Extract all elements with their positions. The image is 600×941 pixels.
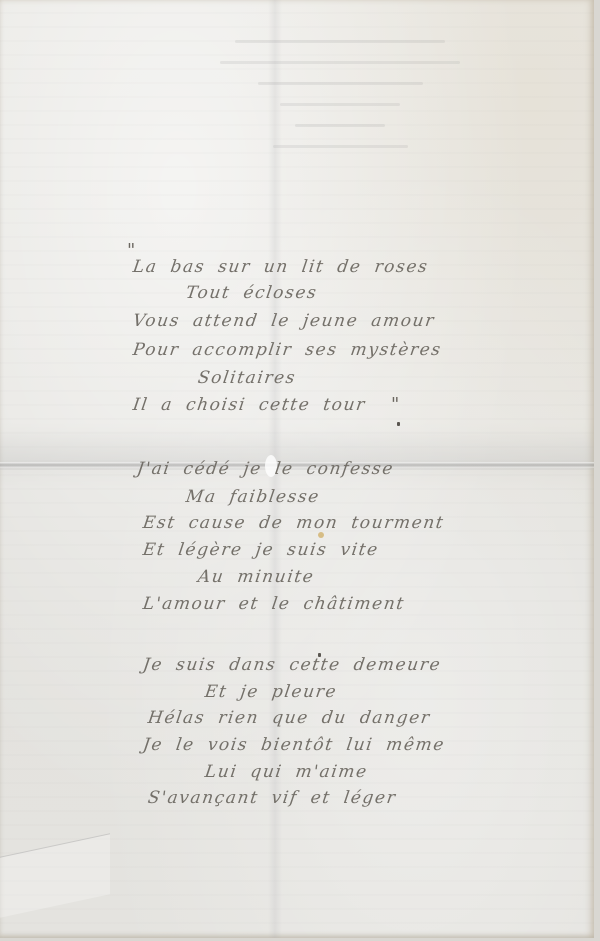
verse-line: Solitaires <box>197 368 298 388</box>
verse-line: Je le vois bientôt lui même <box>142 735 447 755</box>
verse-line: Lui qui m'aime <box>204 762 370 782</box>
verse-line: J'ai cédé je le confesse <box>136 459 396 479</box>
verse-line: Je suis dans cette demeure <box>142 655 443 675</box>
verse-line: L'amour et le châtiment <box>142 594 407 614</box>
closing-quote: " <box>391 394 399 415</box>
verse-line: Est cause de mon tourment <box>142 513 446 533</box>
poem: " La bas sur un lit de roses Tout éclose… <box>0 0 594 938</box>
verse-line: Et je pleure <box>204 682 339 702</box>
verse-line: Il a choisi cette tour <box>132 395 368 415</box>
verse-line: S'avançant vif et léger <box>147 788 398 808</box>
verse-line: La bas sur un lit de roses <box>132 257 430 277</box>
verse-line: Tout écloses <box>185 283 319 303</box>
verse-line: Ma faiblesse <box>185 487 322 507</box>
verse-line: Au minuite <box>197 567 316 587</box>
verse-line: Pour accomplir ses mystères <box>132 340 443 360</box>
verse-line: Vous attend le jeune amour <box>132 311 437 331</box>
verse-line: Et légère je suis vite <box>142 540 381 560</box>
verse-line: Hélas rien que du danger <box>147 708 432 728</box>
manuscript-page: " La bas sur un lit de roses Tout éclose… <box>0 0 594 938</box>
